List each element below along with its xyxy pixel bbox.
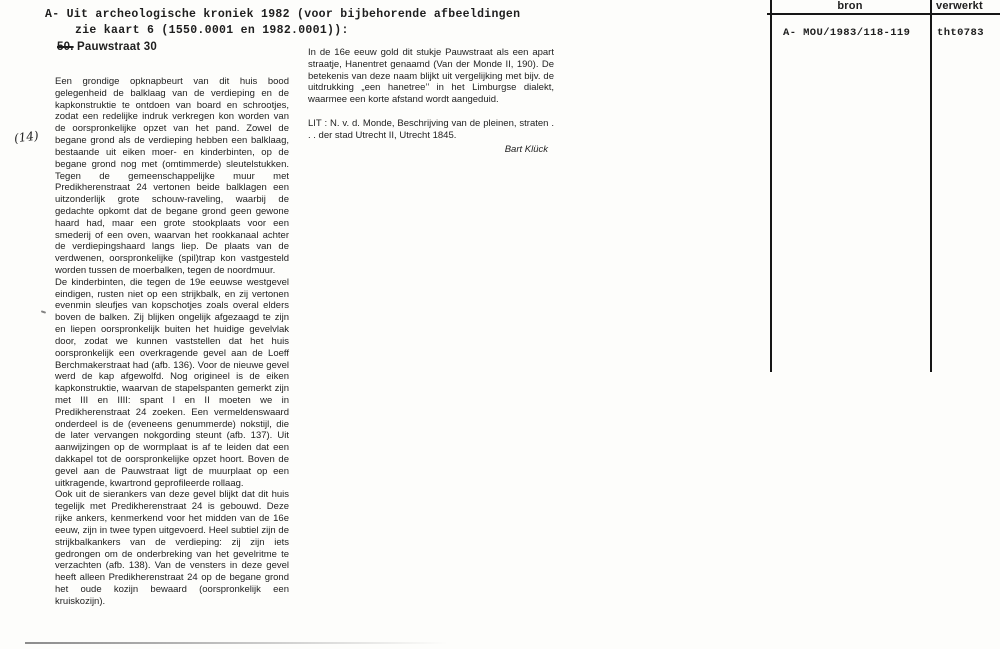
table-left-rule (770, 0, 772, 372)
scan-edge-artifact (25, 642, 465, 644)
body-column-right: In de 16e eeuw gold dit stukje Pauwstraa… (308, 47, 554, 156)
author-signature: Bart Klück (308, 144, 554, 156)
table-header-bron: bron (772, 0, 928, 12)
article-number-struck: 50. (57, 41, 74, 53)
table-header-rule (767, 13, 1000, 15)
left-paragraph-1: Een grondige opknapbeurt van dit huis bo… (55, 76, 289, 277)
article-title-text: Pauwstraat 30 (77, 41, 157, 53)
chronicle-header-line2: zie kaart 6 (1550.0001 en 1982.0001)): (75, 23, 520, 39)
left-paragraph-2: De kinderbinten, die tegen de 19e eeuwse… (55, 277, 289, 490)
article-title: 50. Pauwstraat 30 (57, 41, 157, 53)
body-column-left: Een grondige opknapbeurt van dit huis bo… (55, 76, 289, 608)
right-paragraph-1: In de 16e eeuw gold dit stukje Pauwstraa… (308, 47, 554, 106)
chronicle-header: A- Uit archeologische kroniek 1982 (voor… (45, 7, 520, 39)
handwritten-margin-note: (14) (13, 129, 39, 146)
scanned-document-page: A- Uit archeologische kroniek 1982 (voor… (0, 0, 1000, 649)
stray-pen-mark (41, 310, 46, 313)
chronicle-header-line1: A- Uit archeologische kroniek 1982 (voor… (45, 7, 520, 23)
literature-reference: LIT : N. v. d. Monde, Beschrijving van d… (308, 118, 554, 142)
table-header-verwerkt: verwerkt (936, 0, 983, 12)
table-cell-bron: A- MOU/1983/118-119 (783, 27, 910, 39)
table-middle-rule (930, 0, 932, 372)
table-cell-verwerkt: tht0783 (937, 27, 984, 39)
left-paragraph-3: Ook uit de sierankers van deze gevel bli… (55, 489, 289, 607)
